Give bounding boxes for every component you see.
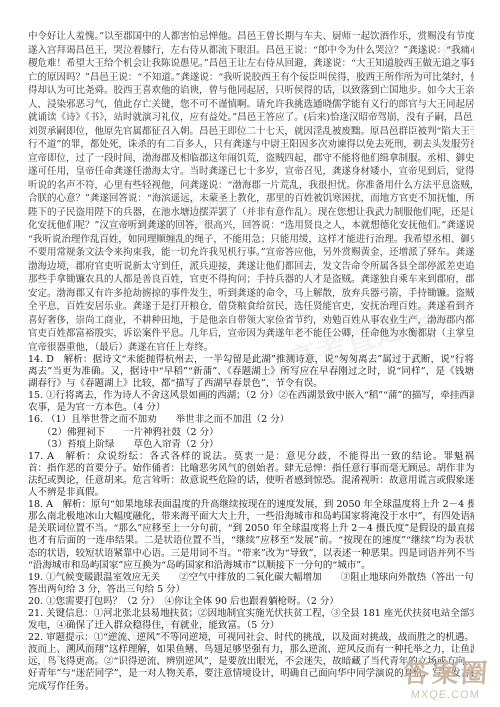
text-line: 化安抚他们呢？”汉宣帝听到龚遂的回答，很高兴，回答说：“选用贤良之人，本就想德化… bbox=[28, 219, 474, 233]
text-line: 就诵读《诗》《书》，站时就演习礼仪，应有益处。”昌邑王答应了。(后来)恰逢汉昭帝… bbox=[28, 111, 474, 125]
text-line: 19. ①气候变暖跟温室效应无关 ②空气中排放的二氧化碳大幅增加 ③阻止地球向外… bbox=[28, 572, 474, 584]
text-line: 不要用常规条文法令来拘束我，能一切允许我见机行事。”宣帝答应他，另外赏赐黄金，还… bbox=[28, 246, 474, 260]
site-logo-text: 答案圈 bbox=[402, 653, 492, 690]
text-line: 21. 关键信息：①河北张北县易地扶贫；②因地制宜实施光伏扶贫工程，③全县 18… bbox=[28, 608, 474, 620]
text-line: 合朕的心意？”龚遂回答说：“海滨遥远，未蒙圣上教化，那里的百姓被饥寒困扰，而地方… bbox=[28, 192, 474, 206]
text-line: 遂入宫拜谒昌邑王，哭泣着膝行，左右侍从都流下眼泪。昌邑王说：“郎中令为什么哭泣？… bbox=[28, 44, 474, 58]
text-line: 态的状语，较短状语紧靠中心语。三是用词不当。“带来”改为“导致”，以表述一种恶果… bbox=[28, 548, 474, 560]
text-line: 官吏百姓都富裕殷实，诉讼案件平息。几年后，宣帝因为龚遂年老不能任公卿，任命他为水… bbox=[28, 327, 474, 341]
text-line: 15. ①行将离去，作为诗人不舍这风景如画的西湖；（2 分）②在西湖景致中嵌入“… bbox=[28, 390, 474, 402]
text-line: 稷危难！希望大王给个机会让我陈说愚见。”昌邑王让左右侍从回避，龚遂说：“大王知道… bbox=[28, 57, 474, 71]
text-line: 安定。渤海郡又有许多抢劫掳掠的事件发生，听到龚遂的命令，马上解散，放弃兵器弓箭，… bbox=[28, 287, 474, 301]
text-line: 行不道”的罪，都处死，诛杀的有二百多人，只有龚遂与中尉王阳因多次劝谏得以免去死刑… bbox=[28, 138, 474, 152]
answer-sheet-page: 中令好让人羞愧。”以至郡国中的人都害怕忌惮他。昌邑王曾长期与车夫、厨师一起饮酒作… bbox=[0, 0, 500, 707]
text-line: 发电，④确保了迁入群众稳得住，有就业，能致富。（5 分） bbox=[28, 620, 474, 632]
text-line: 宣帝很器重他，（最后）龚遂在官任上寿终。 bbox=[28, 341, 474, 355]
text-line: 那些手拿锄镰农具的人都是善良百姓，官吏不得拘问；手持兵器的人才是盗贼。龚遂独自乘… bbox=[28, 273, 474, 287]
text-line: 全平息，百姓安居乐业。龚遂于是打开粮仓，借贷粮食给贫民，选任贤能官吏，安抚治理百… bbox=[28, 300, 474, 314]
text-line: 答出两句给 3 分，答出三句给 5 分） bbox=[28, 584, 474, 596]
text-line: 人，浸染邪恶习气，值此存亡关键，您不可不谨慎啊。请允许我挑选通晓儒学能有义行的郎… bbox=[28, 98, 474, 112]
text-line: 法纪或舆论，任意胡来。危言耸听：故意说些危险的话，使听者感到惊恐。混淆视听：故意… bbox=[28, 475, 474, 487]
text-line: 14. D 解析：据诗文“未能抛得杭州去，一半勾留是此湖”推测诗意，说“匆匆离去… bbox=[28, 354, 474, 366]
site-url-text: MXQE.COM bbox=[401, 689, 489, 701]
text-line: （3）苔痕上阶绿 草色入帘青（2 分） bbox=[28, 439, 474, 451]
text-line: 17. A 解析：众说纷纭：各式各样的说法。莫衷一是：意见分歧，不能得出一致的结… bbox=[28, 451, 474, 463]
text-line: 湖春行》与《春题湖上》比较，都“描写了西湖早春景色”，节令有误。 bbox=[28, 378, 474, 390]
text-line: “我听说治理作乱百姓，如同理顺缠乱的绳子，不能用急；只能用缓，这样才能进行治理。… bbox=[28, 233, 474, 247]
text-line: 渤海边境，郡府官吏听说新太守到任，派兵迎接，龚遂让他们都回去，发文告命令所属各县… bbox=[28, 260, 474, 274]
text-line: 喜好奢侈，崇尚工商业，不耕种田地，于是他亲自带领大家俭省节约，劝勉百姓从事农业生… bbox=[28, 314, 474, 328]
text-line: 陛下的子民盗用陛下的兵器，在池水塘边摆弄罢了（并非有意作乱）。现在您想让我武力制… bbox=[28, 206, 474, 220]
text-line: 16. （1）且举世誉之而不加劝 举世非之而不加沮（2 分） bbox=[28, 414, 474, 426]
text-line: 18. A 解析：原句“如果地球表面温度的升高继续按现在的速度发展，到 2050… bbox=[28, 499, 474, 511]
text-line: 听说的名声不符，心里有些轻视他，问龚遂说：“渤海郡一片荒乱，我很担忧。你准备用什… bbox=[28, 179, 474, 193]
text-line: 那么南北极地冰山大幅度融化，带来海平面大大上升，一些沿海城市和岛屿国家将淹没于水… bbox=[28, 511, 474, 523]
text-line: 22. 审题提示：①“逆流、逆风”不等同逆境，可视同社会、时代的挑战，以及面对挑… bbox=[28, 632, 474, 644]
text-line: 20. ①您需要打包吗？（2 分） ④你让全体 90 后也跟着躺枪呀。（2 分） bbox=[28, 596, 474, 608]
text-line: 是关联词位置不当。“那么”应移至上一分句前，“到 2050 年全球温度将上升 2… bbox=[28, 523, 474, 535]
text-line: （2）佛狸祠下 一片神鸦社鼓（2 分） bbox=[28, 427, 474, 439]
text-line: 农事，是为官一方本色。（4 分） bbox=[28, 402, 474, 414]
text-line: 首：指作恶的首要分子。始作俑者：比喻恶劣风气的创始者。肆无忌惮：指任意行事而毫无… bbox=[28, 463, 474, 475]
text-line: 离去”当更为准确。又，据诗中“早稻”“新蒲”、《春题湖上》所写应在早春刚过之时，… bbox=[28, 366, 474, 378]
site-logo-watermark: 答案圈 MXQE.COM bbox=[401, 653, 491, 701]
text-line: 亡的原因吗？”昌邑王说：“不知道。”龚遂说：“我听说胶西王有个佞臣叫侯得，胶西王… bbox=[28, 71, 474, 85]
text-line: 遂可任用，皇帝任命龚遂任渤海太守。当时龚遂已七十多岁，宣帝召见，龚遂身材矮小，宣… bbox=[28, 165, 474, 179]
text-line: 得却认为可比尧舜。胶西王喜欢他的谄谀，曾与他同起居，只听侯得的话，以致落到亡国地… bbox=[28, 84, 474, 98]
document-text: 中令好让人羞愧。”以至郡国中的人都害怕忌惮他。昌邑王曾长期与车夫、厨师一起饮酒作… bbox=[28, 30, 474, 693]
text-line: 中令好让人羞愧。”以至郡国中的人都害怕忌惮他。昌邑王曾长期与车夫、厨师一起饮酒作… bbox=[28, 30, 474, 44]
text-line: “沿海城市和岛屿国家”应互换为“岛屿国家和沿海城市”以顺接下一分句的“城市”。 bbox=[28, 560, 474, 572]
text-line: 也才有后面的一连串结果。二是状语位置不当，“继续”应移至“发展”前。“按现在的速… bbox=[28, 535, 474, 547]
text-line: 人不辨是非真假。 bbox=[28, 487, 474, 499]
text-line: 宣帝即位，过了一段时间，渤海郡及相临郡这年闹饥荒，盗贼四起，郡守不能将他们缉拿制… bbox=[28, 152, 474, 166]
text-line: 刘贺承嗣即位，他原先官属都征召入朝。昌邑王即位二十七天，就因淫乱被废黜。原昌邑群… bbox=[28, 125, 474, 139]
